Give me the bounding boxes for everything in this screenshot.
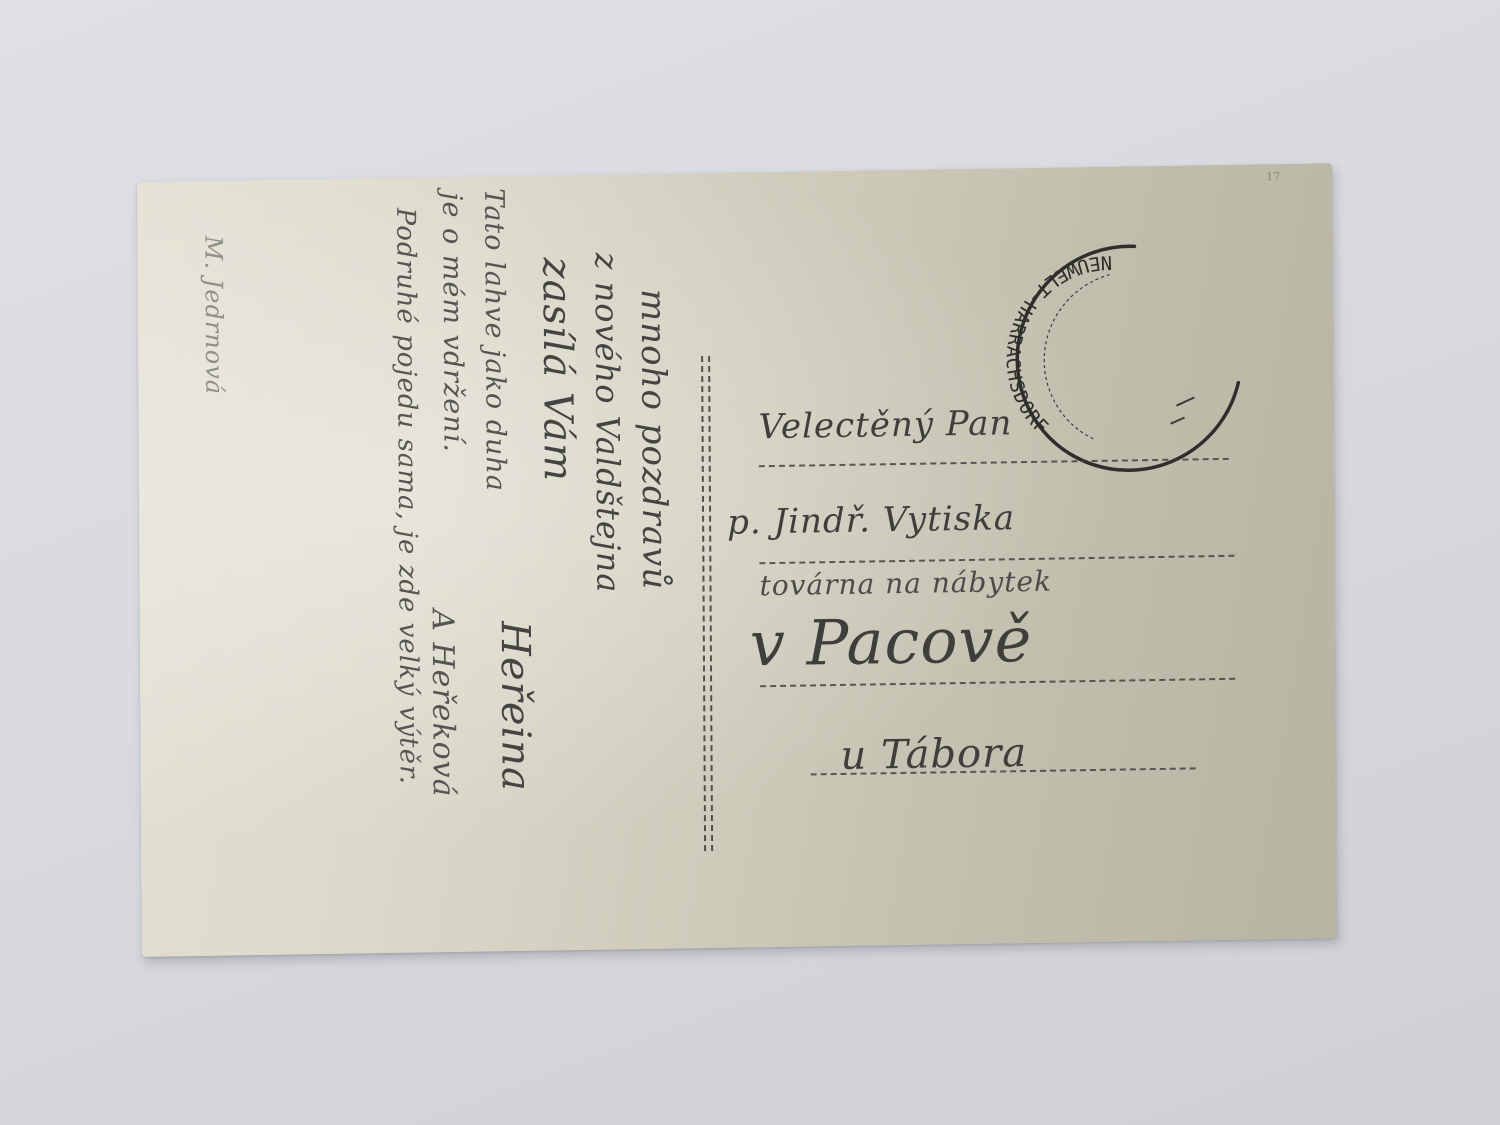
message-line-1: mnoho pozdravů [633, 289, 675, 591]
address-company: továrna na nábytek [759, 565, 1052, 603]
address-salutation: Velectěný Pan [758, 403, 1012, 447]
message-line-8: Podruhé pojedu sama, je zde velký výtěr. [390, 208, 424, 786]
address-line-2 [759, 555, 1234, 564]
message-line-7: A Heřeková [425, 609, 461, 798]
message-line-4: Heřeina [492, 621, 539, 792]
postcard-back: 17 NEUWELT-HARRACHSDORF Velectěný Pan p.… [137, 163, 1337, 957]
center-divider [701, 356, 713, 851]
postmark-stamp-icon: NEUWELT-HARRACHSDORF [999, 233, 1251, 487]
message-line-5: Tato lahve jako duha [478, 188, 511, 492]
address-recipient: p. Jindř. Vytiska [727, 498, 1015, 543]
message-line-6: je o mém vdržení. [436, 192, 469, 453]
address-town: v Pacově [750, 603, 1033, 680]
message-line-3: zasílá Vám [533, 257, 580, 482]
address-line-3 [760, 678, 1235, 687]
message-line-2: z nového Valdštejna [587, 252, 627, 593]
message-signature: M. Jedrnová [199, 236, 228, 396]
corner-pencil-mark: 17 [1266, 170, 1280, 183]
address-region: u Tábora [840, 730, 1027, 779]
